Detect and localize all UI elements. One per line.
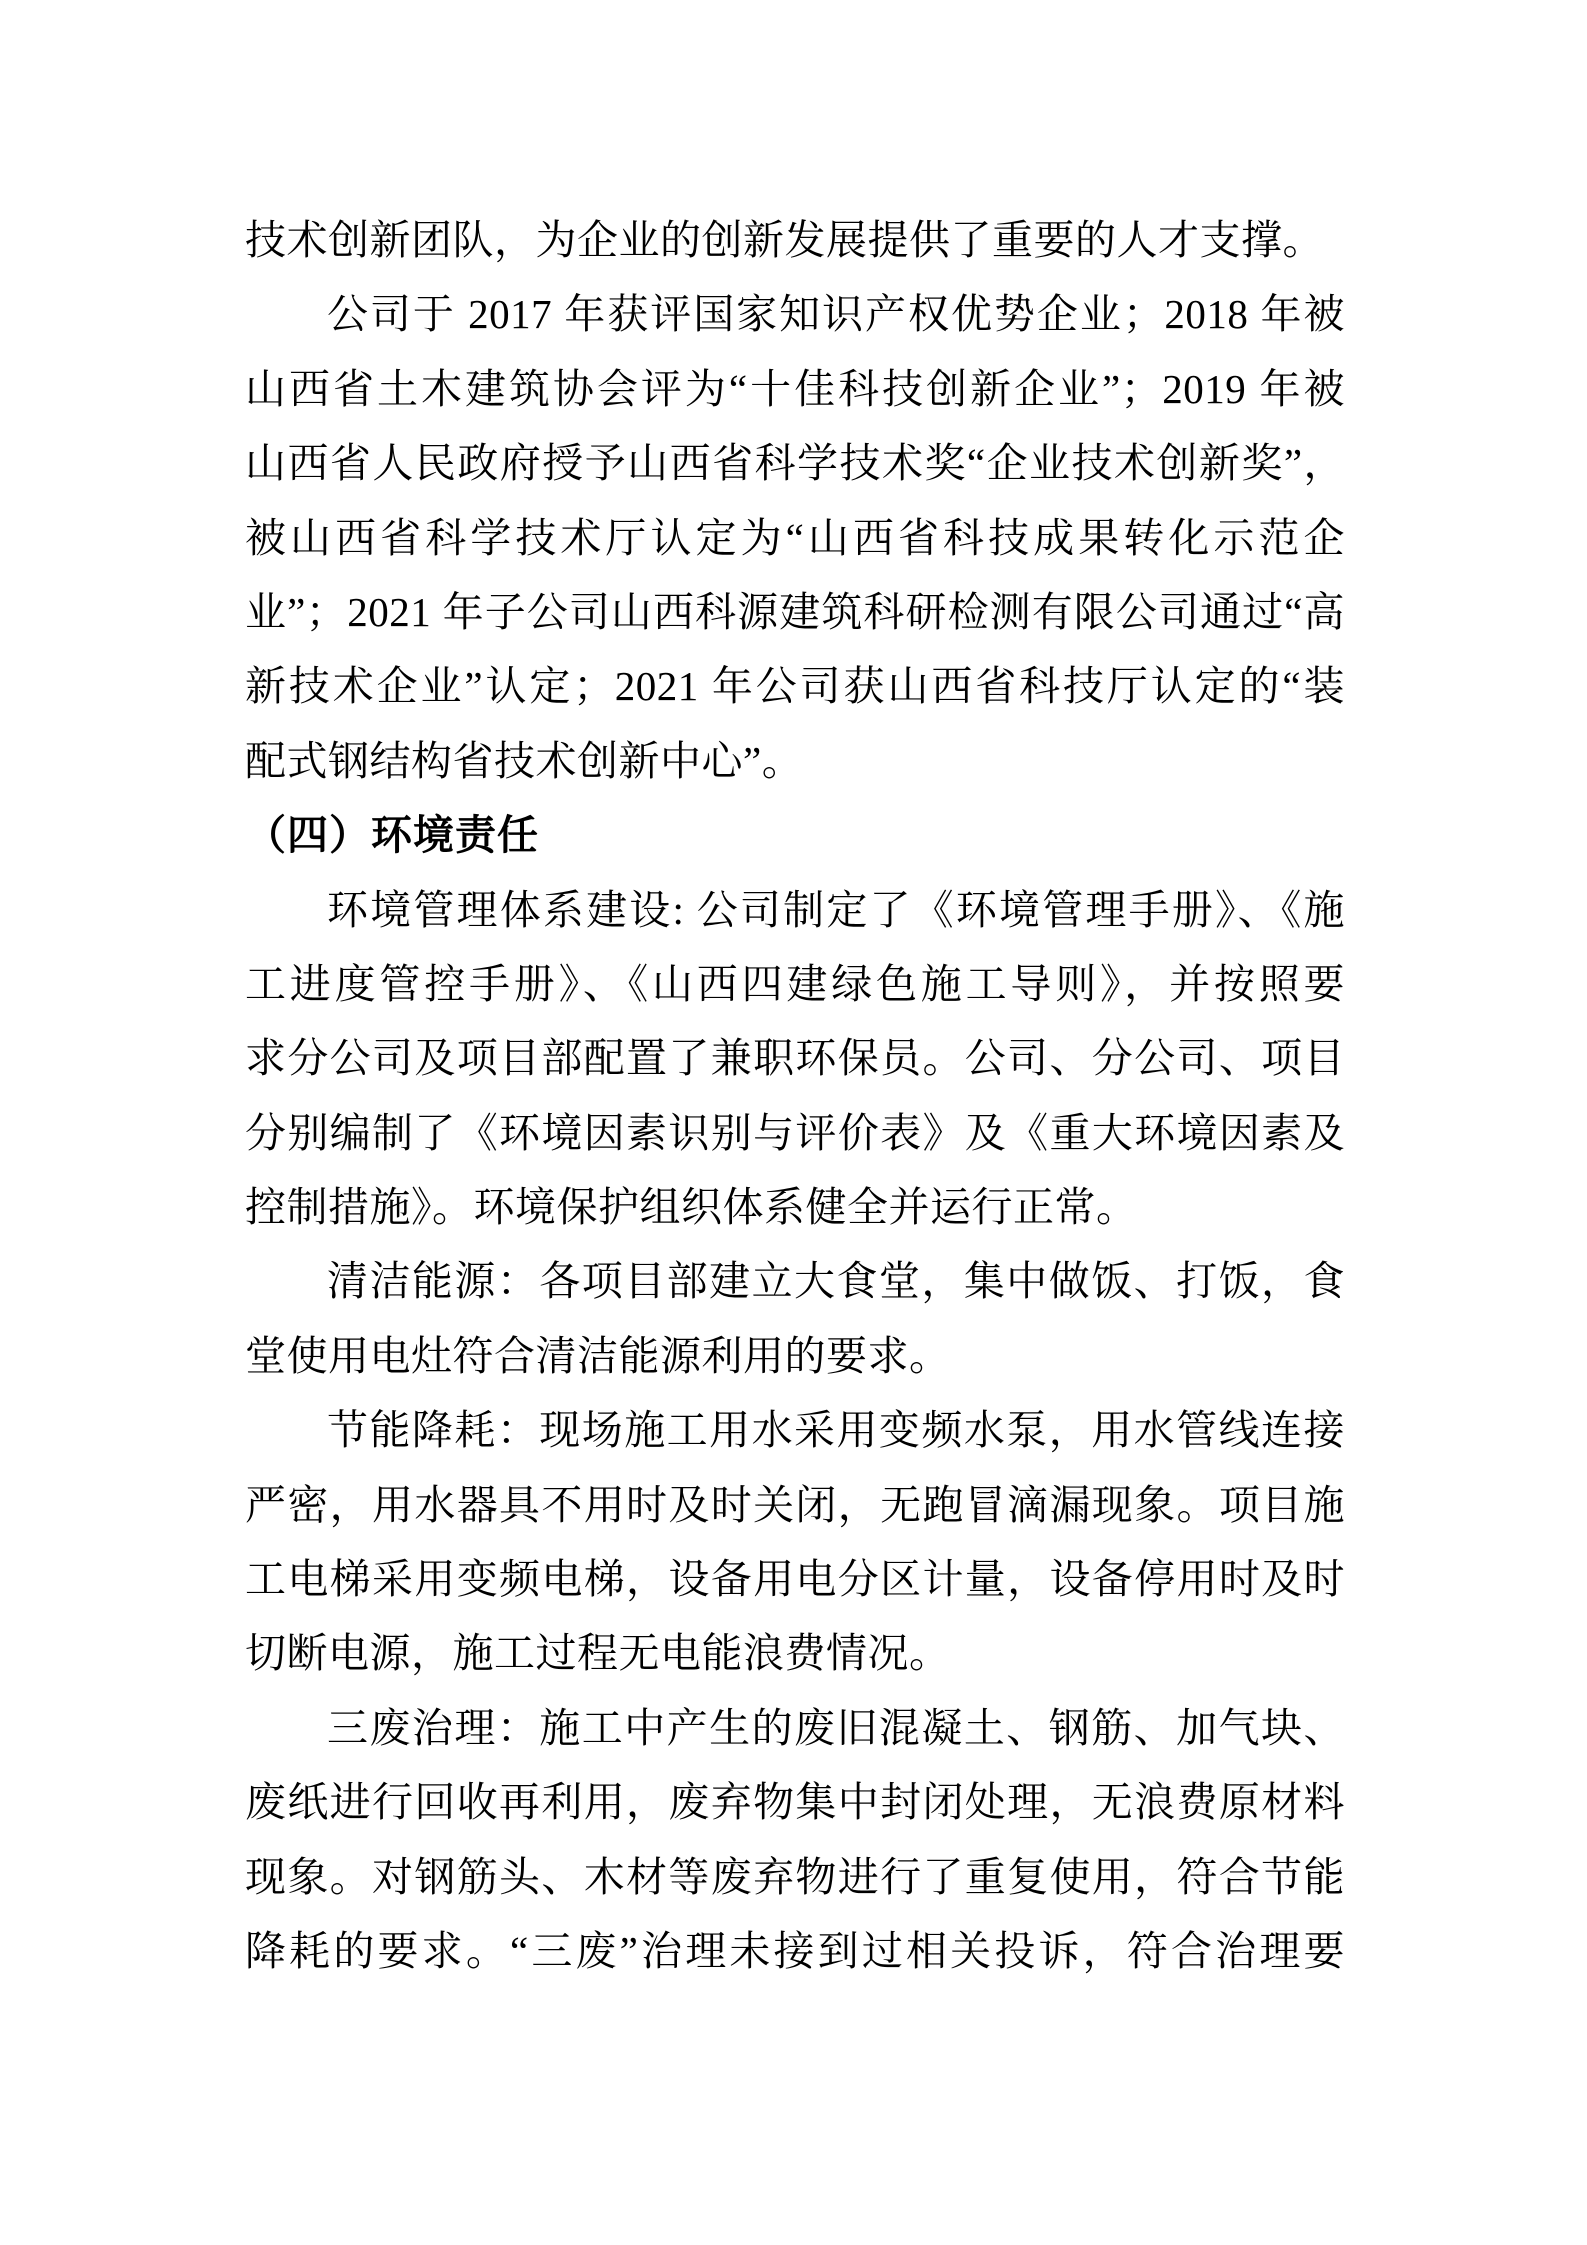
document-body: 技术创新团队，为企业的创新发展提供了重要的人才支撑。公司于 2017 年获评国家… [245,203,1345,1988]
text-line-21: 三废治理：施工中产生的废旧混凝土、钢筋、加气块、 [245,1691,1345,1765]
section-heading: （四）环境责任 [245,798,1345,872]
document-page: 技术创新团队，为企业的创新发展提供了重要的人才支撑。公司于 2017 年获评国家… [0,0,1587,2245]
text-line-2: 公司于 2017 年获评国家知识产权优势企业；2018 年被 [245,277,1345,351]
text-line-5: 被山西省科学技术厅认定为“山西省科技成果转化示范企 [245,501,1345,575]
text-line-4: 山西省人民政府授予山西省科学技术奖“企业技术创新奖”， [245,426,1345,500]
text-line-20: 切断电源，施工过程无电能浪费情况。 [245,1616,1345,1690]
text-line-24: 降耗的要求。“三废”治理未接到过相关投诉，符合治理要 [245,1914,1345,1988]
text-line-12: 求分公司及项目部配置了兼职环保员。公司、分公司、项目 [245,1021,1345,1095]
text-line-15: 清洁能源：各项目部建立大食堂，集中做饭、打饭，食 [245,1244,1345,1318]
text-line-19: 工电梯采用变频电梯，设备用电分区计量，设备停用时及时 [245,1542,1345,1616]
text-line-7: 新技术企业”认定；2021 年公司获山西省科技厅认定的“装 [245,649,1345,723]
text-line-13: 分别编制了《环境因素识别与评价表》及《重大环境因素及 [245,1096,1345,1170]
text-line-16: 堂使用电灶符合清洁能源利用的要求。 [245,1319,1345,1393]
text-line-6: 业”；2021 年子公司山西科源建筑科研检测有限公司通过“高 [245,575,1345,649]
text-line-1: 技术创新团队，为企业的创新发展提供了重要的人才支撑。 [245,203,1345,277]
text-line-22: 废纸进行回收再利用，废弃物集中封闭处理，无浪费原材料 [245,1765,1345,1839]
text-line-23: 现象。对钢筋头、木材等废弃物进行了重复使用，符合节能 [245,1840,1345,1914]
text-line-18: 严密，用水器具不用时及时关闭，无跑冒滴漏现象。项目施 [245,1468,1345,1542]
text-line-11: 工进度管控手册》、《山西四建绿色施工导则》，并按照要 [245,947,1345,1021]
text-line-10: 环境管理体系建设: 公司制定了《环境管理手册》、《施 [245,873,1345,947]
text-line-3: 山西省土木建筑协会评为“十佳科技创新企业”；2019 年被 [245,352,1345,426]
text-line-14: 控制措施》。环境保护组织体系健全并运行正常。 [245,1170,1345,1244]
text-line-8: 配式钢结构省技术创新中心”。 [245,724,1345,798]
text-line-17: 节能降耗：现场施工用水采用变频水泵，用水管线连接 [245,1393,1345,1467]
